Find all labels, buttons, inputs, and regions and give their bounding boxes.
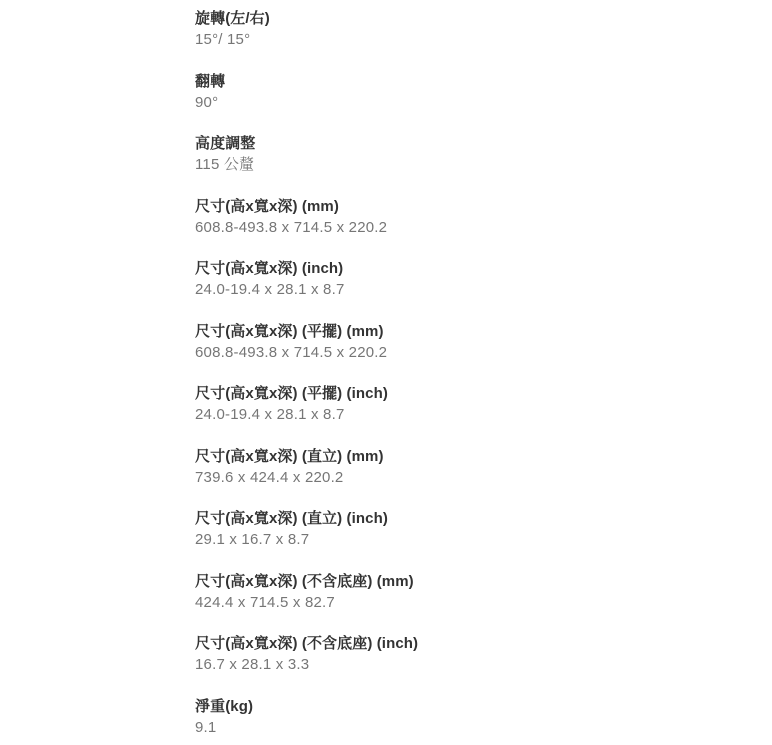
spec-row: 尺寸(高x寬x深) (直立) (inch) 29.1 x 16.7 x 8.7 <box>195 508 732 551</box>
spec-row: 尺寸(高x寬x深) (不含底座) (inch) 16.7 x 28.1 x 3.… <box>195 633 732 676</box>
spec-value: 90° <box>195 92 732 114</box>
spec-row: 尺寸(高x寬x深) (mm) 608.8-493.8 x 714.5 x 220… <box>195 196 732 239</box>
spec-label: 尺寸(高x寬x深) (直立) (mm) <box>195 446 732 467</box>
spec-list: 旋轉(左/右) 15°/ 15° 翻轉 90° 高度調整 115 公釐 尺寸(高… <box>195 8 732 739</box>
spec-label: 尺寸(高x寬x深) (平擺) (mm) <box>195 321 732 342</box>
spec-row: 尺寸(高x寬x深) (不含底座) (mm) 424.4 x 714.5 x 82… <box>195 571 732 614</box>
spec-label: 尺寸(高x寬x深) (不含底座) (mm) <box>195 571 732 592</box>
spec-value: 739.6 x 424.4 x 220.2 <box>195 467 732 489</box>
spec-label: 尺寸(高x寬x深) (不含底座) (inch) <box>195 633 732 654</box>
spec-label: 尺寸(高x寬x深) (inch) <box>195 258 732 279</box>
spec-label: 翻轉 <box>195 71 732 92</box>
spec-row: 高度調整 115 公釐 <box>195 133 732 176</box>
spec-row: 淨重(kg) 9.1 <box>195 696 732 739</box>
spec-label: 高度調整 <box>195 133 732 154</box>
spec-page: 旋轉(左/右) 15°/ 15° 翻轉 90° 高度調整 115 公釐 尺寸(高… <box>0 0 772 745</box>
spec-row: 尺寸(高x寬x深) (平擺) (inch) 24.0-19.4 x 28.1 x… <box>195 383 732 426</box>
spec-value: 424.4 x 714.5 x 82.7 <box>195 592 732 614</box>
spec-value: 29.1 x 16.7 x 8.7 <box>195 529 732 551</box>
spec-value: 115 公釐 <box>195 154 732 176</box>
spec-row: 旋轉(左/右) 15°/ 15° <box>195 8 732 51</box>
spec-value: 16.7 x 28.1 x 3.3 <box>195 654 732 676</box>
spec-value: 24.0-19.4 x 28.1 x 8.7 <box>195 279 732 301</box>
spec-label: 尺寸(高x寬x深) (平擺) (inch) <box>195 383 732 404</box>
spec-label: 淨重(kg) <box>195 696 732 717</box>
spec-row: 尺寸(高x寬x深) (inch) 24.0-19.4 x 28.1 x 8.7 <box>195 258 732 301</box>
spec-value: 9.1 <box>195 717 732 739</box>
spec-label: 尺寸(高x寬x深) (直立) (inch) <box>195 508 732 529</box>
spec-row: 尺寸(高x寬x深) (平擺) (mm) 608.8-493.8 x 714.5 … <box>195 321 732 364</box>
spec-label: 尺寸(高x寬x深) (mm) <box>195 196 732 217</box>
spec-value: 15°/ 15° <box>195 29 732 51</box>
spec-value: 24.0-19.4 x 28.1 x 8.7 <box>195 404 732 426</box>
spec-label: 旋轉(左/右) <box>195 8 732 29</box>
spec-row: 翻轉 90° <box>195 71 732 114</box>
spec-value: 608.8-493.8 x 714.5 x 220.2 <box>195 342 732 364</box>
spec-row: 尺寸(高x寬x深) (直立) (mm) 739.6 x 424.4 x 220.… <box>195 446 732 489</box>
spec-value: 608.8-493.8 x 714.5 x 220.2 <box>195 217 732 239</box>
